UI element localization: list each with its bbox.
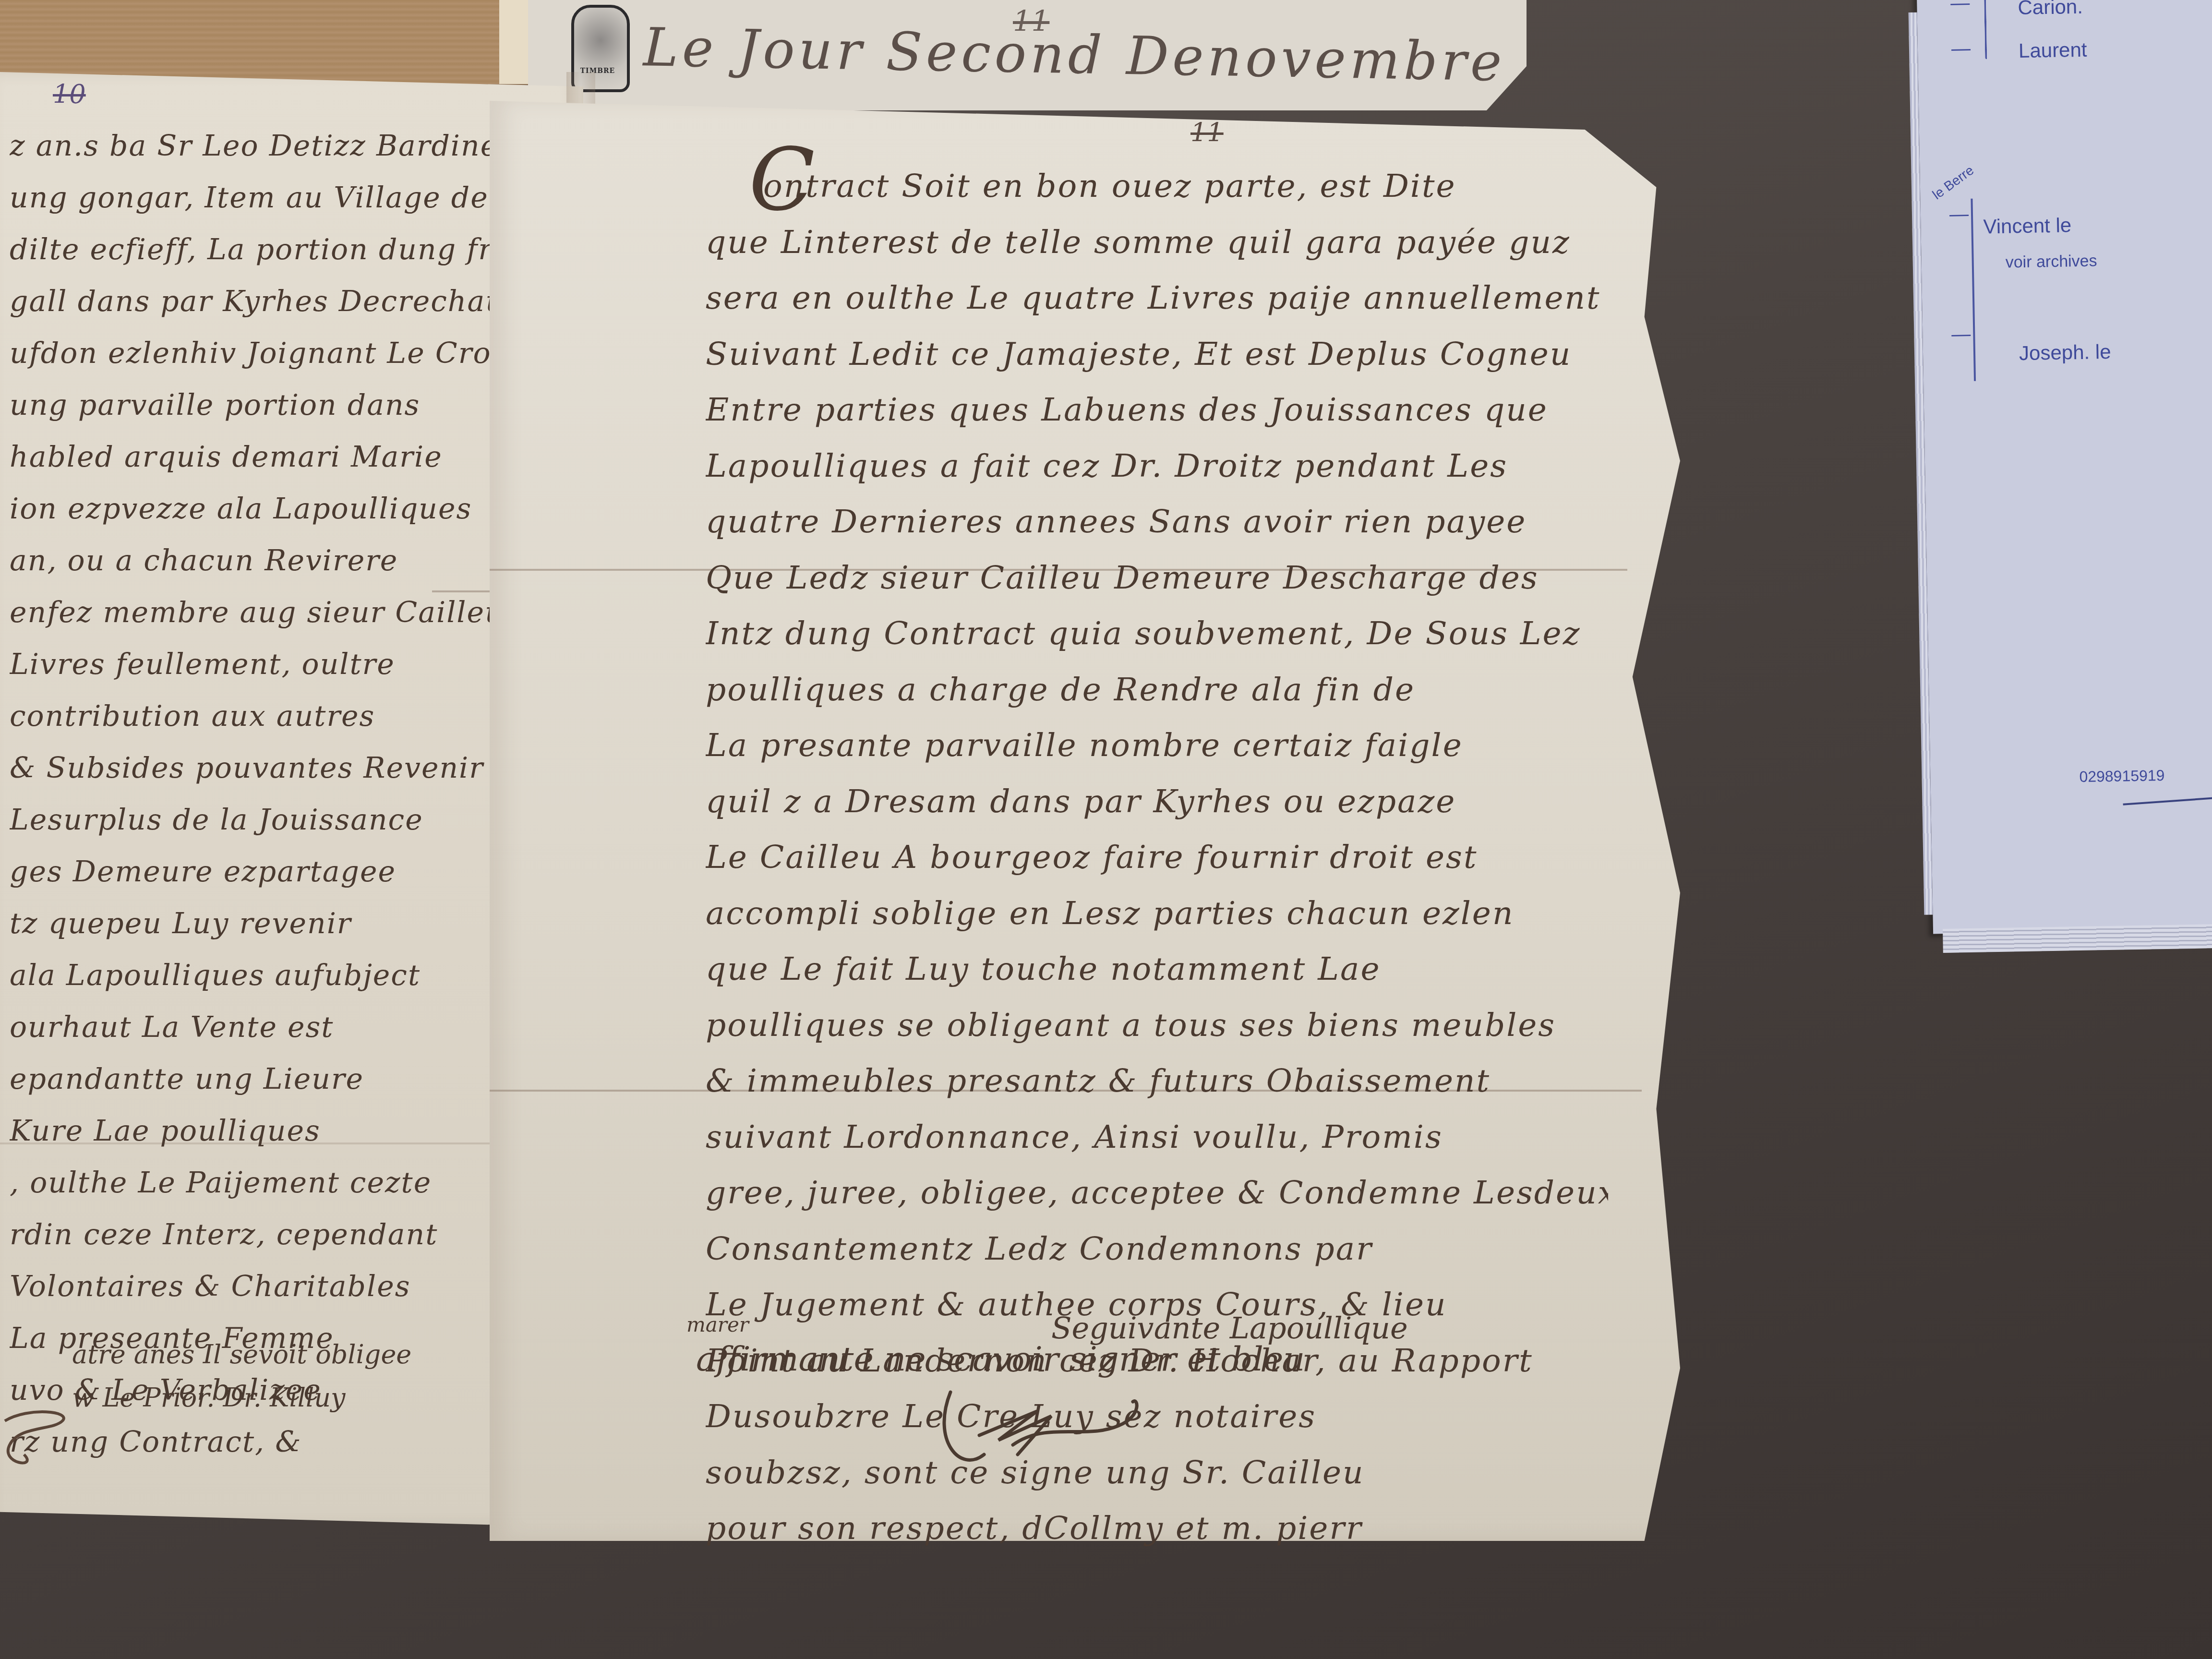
note-entry: Carion.	[2018, 0, 2083, 19]
manuscript-line: quatre Dernieres annees Sans avoir rien …	[706, 494, 1608, 550]
manuscript-line: ourhaut La Vente est	[10, 1001, 566, 1053]
notary-paraph-icon	[941, 1382, 1142, 1469]
manuscript-line: Volontaires & Charitables	[10, 1261, 566, 1312]
reference-number: 0298915919	[2079, 767, 2165, 786]
manuscript-line: an, ou a chacun Revirere	[10, 535, 566, 587]
manuscript-line: quil z a Dresam dans par Kyrhes ou ezpaz…	[706, 774, 1608, 830]
manuscript-line: z an.s ba Sr Leo Detizz Bardine	[10, 120, 566, 172]
manuscript-line: suivant Lordonnance, Ainsi voullu, Promi…	[706, 1109, 1608, 1166]
manuscript-line: Livres feullement, oultre	[10, 638, 566, 690]
note-entry: voir archives	[2005, 252, 2097, 272]
manuscript-line: epandantte ung Lieure	[10, 1053, 566, 1105]
manuscript-line: Suivant Ledit ce Jamajeste, Et est Deplu…	[706, 326, 1608, 383]
manuscript-line: La presante parvaille nombre certaiz fai…	[706, 718, 1608, 774]
manuscript-line: Lapoulliques a fait cez Dr. Droitz penda…	[706, 438, 1608, 494]
left-page-text: z an.s ba Sr Leo Detizz Bardine ung gong…	[10, 120, 566, 1468]
note-dash: —	[1949, 204, 1969, 226]
manuscript-line: Lesurplus de la Jouissance	[10, 794, 566, 846]
manuscript-line: contribution aux autres	[10, 690, 566, 742]
manuscript-line: & Subsides pouvantes Revenir	[10, 742, 566, 794]
manuscript-line: Le Cailleu A bourgeoz faire fournir droi…	[706, 829, 1608, 886]
manuscript-line: & immeubles presantz & futurs Obaissemen…	[706, 1053, 1608, 1109]
manuscript-line: ges Demeure ezpartagee	[10, 846, 566, 898]
manuscript-line: dilte ecfieff, La portion dung frein	[10, 224, 566, 276]
document-photo: TIMBRE 11 Le Jour Second Denovembre 10 z…	[0, 0, 2212, 1659]
manuscript-line: rdin ceze Interz, cependant	[10, 1209, 566, 1261]
manuscript-line: atre anes Il sevoit obligee	[72, 1339, 411, 1370]
manuscript-line: Intz dung Contract quia soubvement, De S…	[706, 606, 1608, 662]
manuscript-line: gree, juree, obligee, acceptee & Condemn…	[706, 1165, 1608, 1221]
manuscript-line: Que Ledz sieur Cailleu Demeure Descharge…	[706, 550, 1608, 606]
note-dash: —	[1950, 0, 1970, 14]
manuscript-line: ontract Soit en bon ouez parte, est Dite	[706, 158, 1608, 215]
manuscript-line: Entre parties ques Labuens des Jouissanc…	[706, 382, 1608, 438]
manuscript-line: rz ung Contract, &	[10, 1416, 566, 1468]
manuscript-line: que Le fait Luy touche notamment Lae	[706, 941, 1608, 998]
manuscript-line: ala Lapoulliques aufubject	[10, 950, 566, 1001]
note-entry: Joseph. le	[2019, 340, 2111, 365]
note-entry: Vincent le	[1983, 214, 2072, 238]
manuscript-line: Kure Lae poulliques	[10, 1105, 566, 1157]
signoff-line: affirmante ne scavoir signer et bleu	[696, 1339, 1305, 1379]
manuscript-line: , oulthe Le Paijement cezte	[10, 1157, 566, 1209]
manuscript-line: Dusoubzre Le Cre Luy sez notaires	[706, 1389, 1608, 1445]
manuscript-line: ion ezpvezze ala Lapoulliques	[10, 483, 566, 535]
manuscript-line: w Le Prior. Dr. Killuy	[72, 1382, 345, 1413]
manuscript-line: soubzsz, sont ce signe ung Sr. Cailleu	[706, 1445, 1608, 1501]
witness-mark: marer	[686, 1313, 749, 1336]
left-folio-number: 10	[53, 79, 86, 109]
manuscript-line: enfez membre aug sieur Cailleu	[10, 587, 566, 638]
note-dash: —	[1951, 324, 1971, 346]
manuscript-line: tz quepeu Luy revenir	[10, 898, 566, 950]
manuscript-line: poulliques se obligeant a tous ses biens…	[706, 998, 1608, 1054]
manuscript-line: poulliques a charge de Rendre ala fin de	[706, 662, 1608, 718]
manuscript-line: ung parvaille portion dans	[10, 379, 566, 431]
notes-paper-stack: — Carion. — Laurent le Berre — Vincent l…	[1917, 0, 2212, 934]
underline	[2123, 797, 2212, 805]
note-entry: Laurent	[2019, 38, 2087, 62]
manuscript-line: que Linterest de telle somme quil gara p…	[706, 215, 1608, 271]
manuscript-line: ufdon ezlenhiv Joignant Le Croix	[10, 327, 566, 379]
manuscript-line: ung gongar, Item au Village de Kyrhes	[10, 172, 566, 224]
paraph-flourish-icon	[0, 1402, 77, 1479]
brace-icon	[1984, 0, 1987, 59]
manuscript-line: habled arquis demari Marie	[10, 431, 566, 483]
manuscript-line: Consantementz Ledz Condemnons par	[706, 1221, 1608, 1277]
margin-label: le Berre	[1930, 163, 1977, 203]
manuscript-line: gall dans par Kyrhes Decrechaude	[10, 276, 566, 327]
right-folio-number: 11	[1190, 118, 1224, 148]
bracket-icon	[1971, 199, 1976, 381]
manuscript-line: sera en oulthe Le quatre Livres paije an…	[706, 270, 1608, 326]
manuscript-line: pour son respect, dCollmy et m. pierr	[706, 1501, 1608, 1557]
manuscript-line: accompli soblige en Lesz parties chacun …	[706, 886, 1608, 942]
note-dash: —	[1951, 38, 1971, 60]
